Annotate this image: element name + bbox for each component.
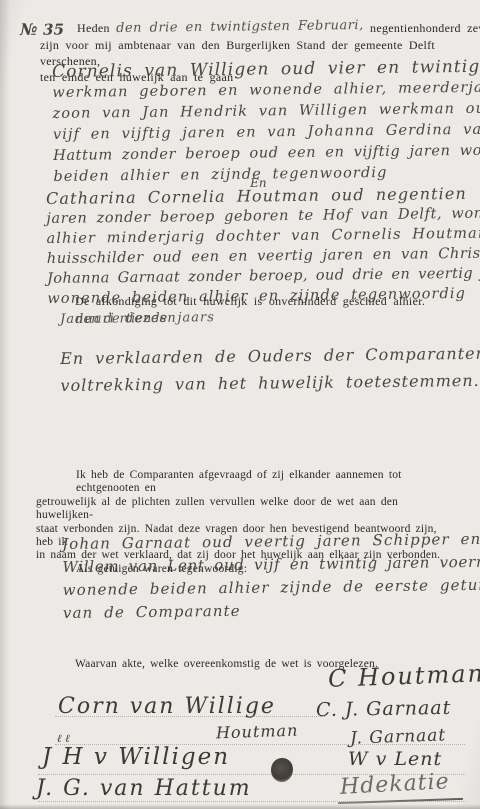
- signature-official: Hdekatie: [339, 769, 450, 800]
- bride-paragraph: Catharina Cornelia Houtman oud negentien…: [46, 183, 480, 309]
- witness-line: van de Comparante: [63, 596, 480, 625]
- witness-line: wonende beiden alhier zijnde de eerste g…: [63, 573, 480, 602]
- announcement-printed: De afkondiging tot dit huwelijk is onver…: [75, 294, 425, 308]
- marriage-certificate-page: № 35 Heden den drie en twintigsten Febru…: [0, 0, 480, 809]
- announcement-hw-line2: Januari dezes jaars: [60, 310, 215, 327]
- number-sign: №: [20, 20, 38, 39]
- ink-blot: [271, 758, 293, 782]
- groom-paragraph: Cornelis van Willigen oud vier en twinti…: [52, 56, 480, 188]
- consent-paragraph: En verklaarden de Ouders der Comparanten…: [60, 339, 480, 399]
- declaration-line: getrouwelijk al de plichten zullen vervu…: [36, 496, 456, 523]
- signature-corn-van-willige: Corn van Willige: [58, 694, 276, 719]
- witness-paragraph: Johan Garnaat oud veertig jaren Schipper…: [62, 527, 480, 625]
- signature-wv-lent: W v Lent: [348, 748, 442, 770]
- intro-heden: Heden: [77, 21, 110, 35]
- intro-year: negentienhonderd zeventien: [370, 21, 480, 35]
- signature-cj-garnaat: C. J. Garnaat: [316, 697, 452, 721]
- signature-houtman: Houtman: [216, 721, 299, 743]
- signature-jhv-willigen: J H v Willigen: [42, 744, 230, 770]
- signature-c-houtman: C Houtman: [328, 659, 480, 692]
- signature-j-garnaat: J. Garnaat: [350, 725, 447, 748]
- declaration-line: Ik heb de Comparanten afgevraagd of zij …: [36, 469, 456, 496]
- consent-line: voltrekking van het huwelijk toetestemme…: [60, 366, 480, 399]
- signature-jg-van-hattum: J. G. van Hattum: [36, 776, 252, 801]
- intro-line-1: Heden den drie en twintigsten Februari, …: [40, 20, 465, 37]
- handwritten-date: den drie en twintigsten Februari,: [116, 18, 364, 37]
